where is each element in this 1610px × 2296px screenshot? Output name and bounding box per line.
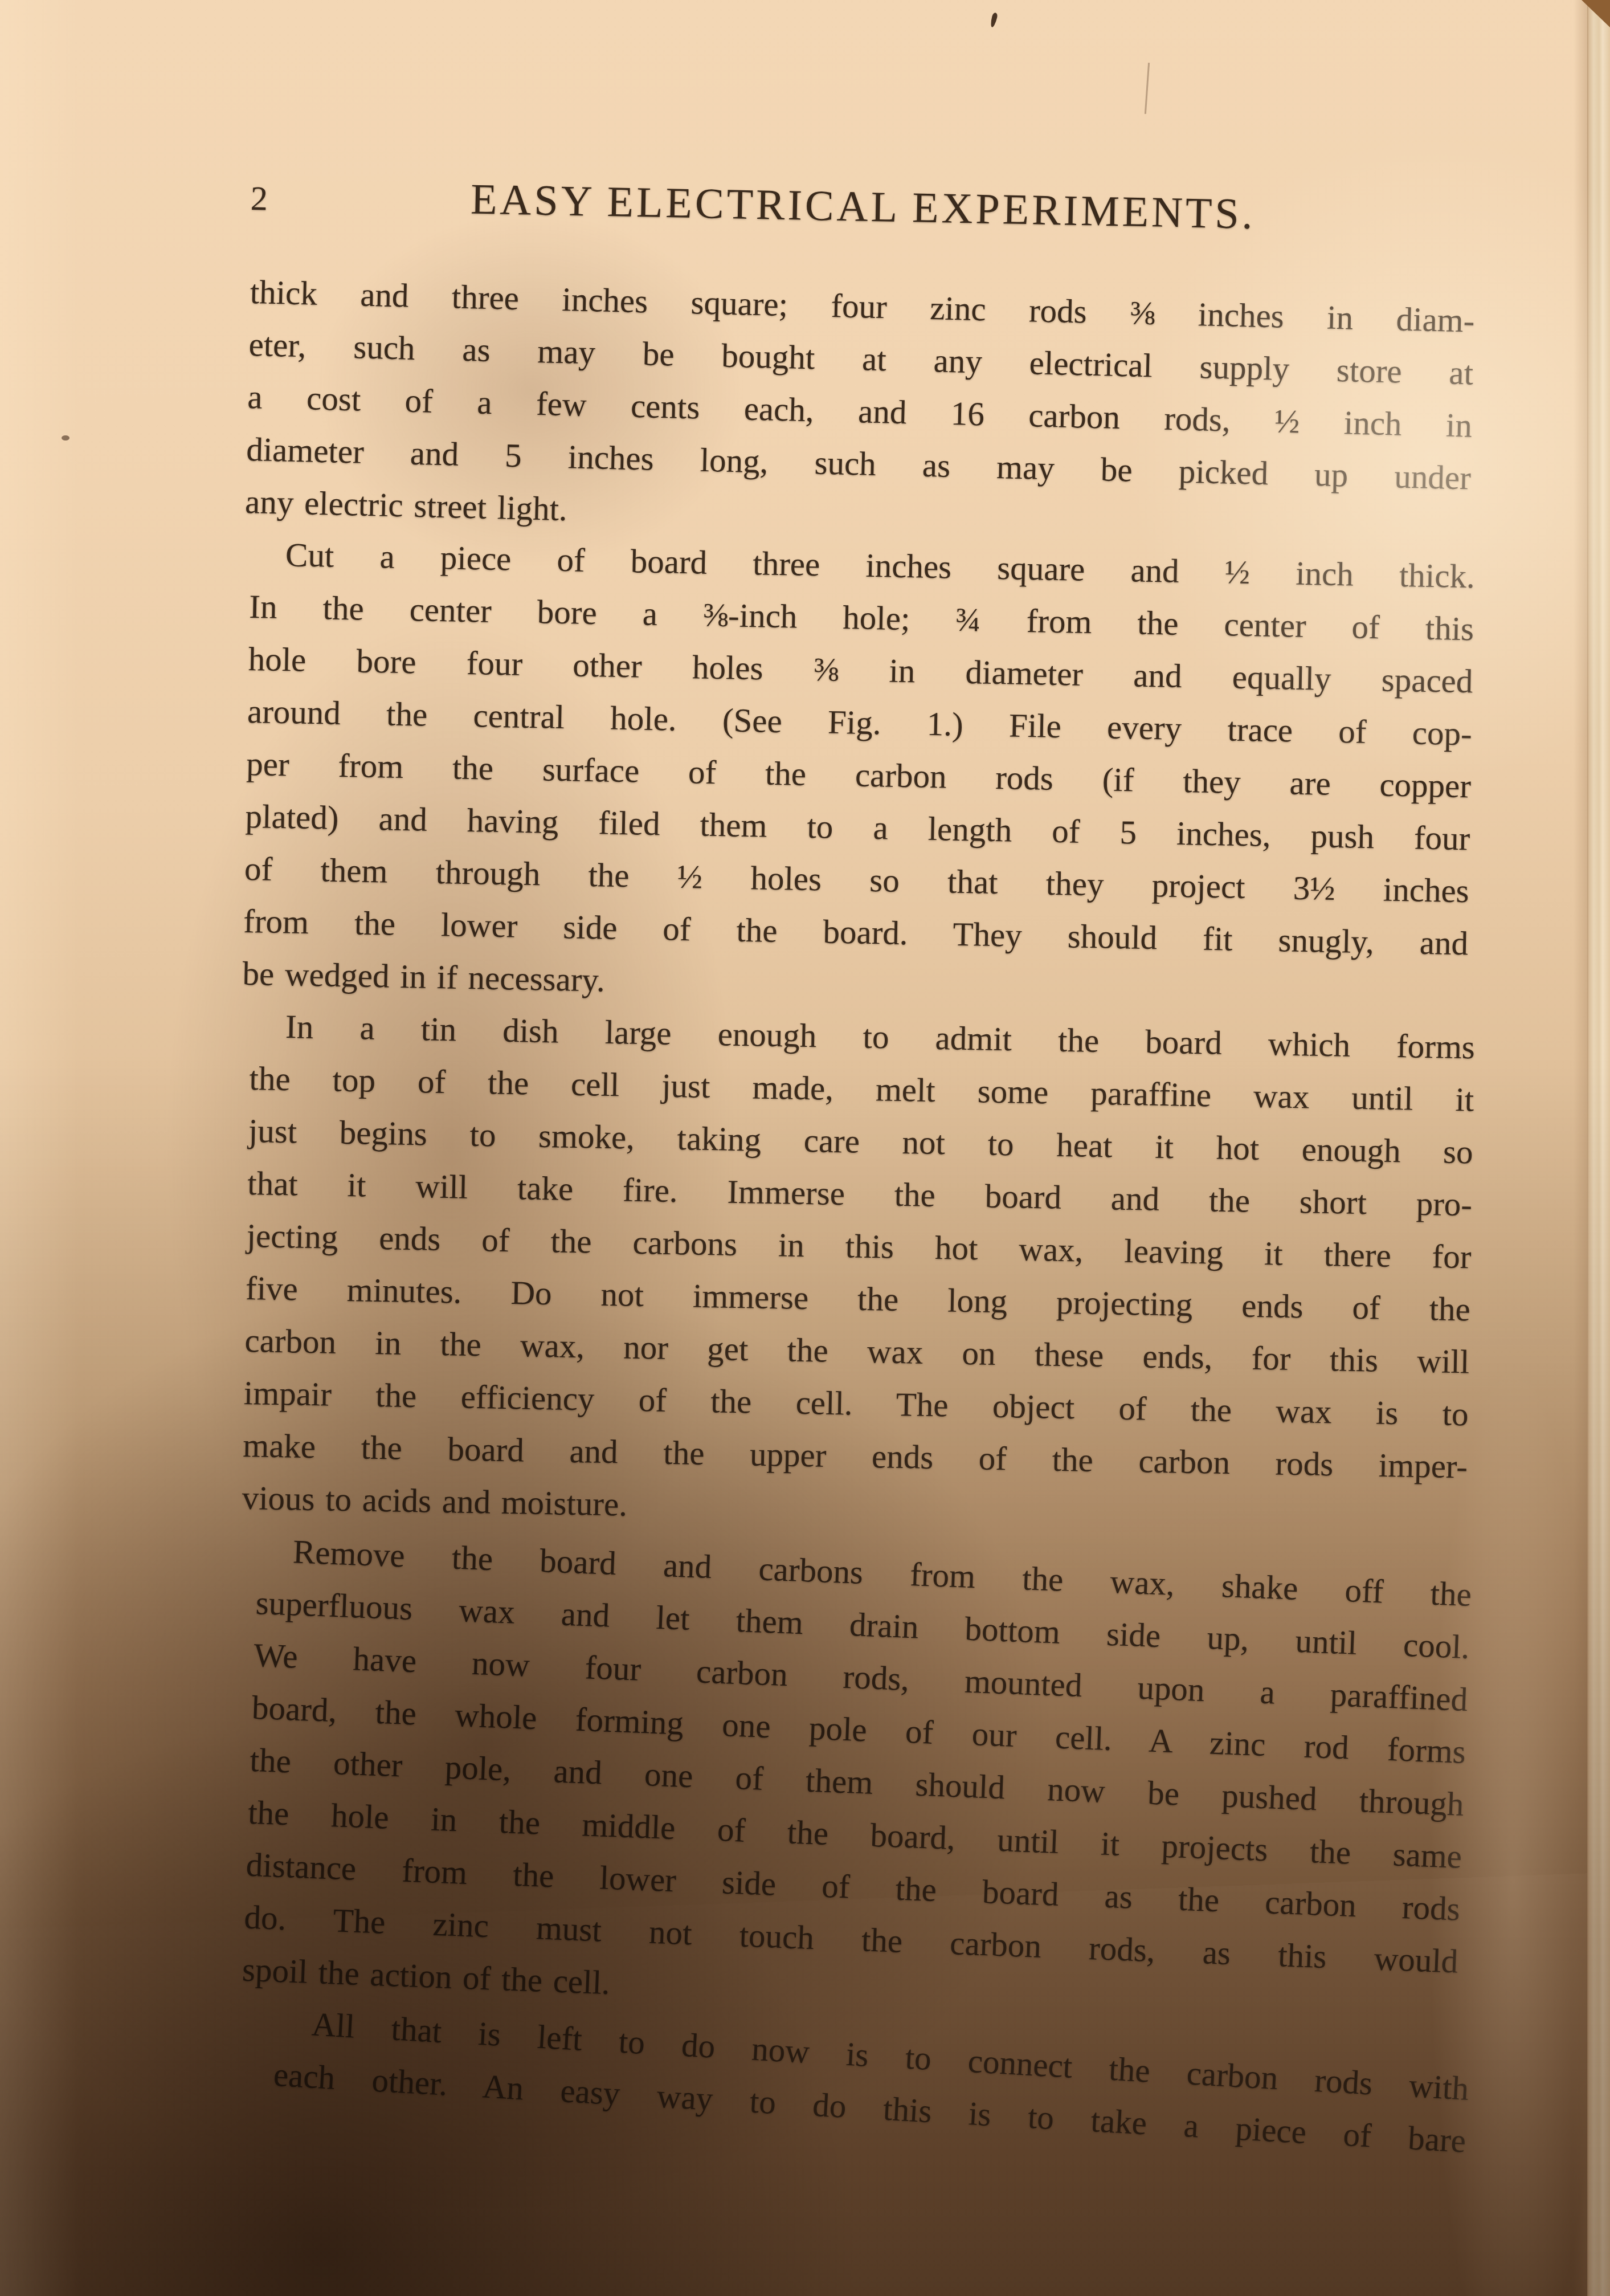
paragraph: Cut a piece of board three inches square… — [242, 528, 1476, 1022]
page-fore-edge — [1587, 0, 1610, 2296]
paragraph: In a tin dish large enough to admit the … — [242, 1000, 1476, 1545]
book-page-photo: 2 EASY ELECTRICAL EXPERIMENTS. thick and… — [0, 0, 1610, 2296]
page-content: 2 EASY ELECTRICAL EXPERIMENTS. thick and… — [251, 169, 1476, 2101]
paragraph: Remove the board and carbons from the wa… — [242, 1524, 1473, 2040]
page-header-row: 2 EASY ELECTRICAL EXPERIMENTS. — [250, 169, 1476, 251]
page-number: 2 — [250, 181, 268, 216]
page-edge-crease — [1574, 0, 1588, 2296]
paper-speck — [62, 435, 70, 441]
paragraph: thick and three inches square; four zinc… — [244, 266, 1475, 557]
running-head-title: EASY ELECTRICAL EXPERIMENTS. — [250, 169, 1476, 244]
paper-scratch — [1145, 63, 1150, 114]
paper-speck — [990, 12, 998, 27]
